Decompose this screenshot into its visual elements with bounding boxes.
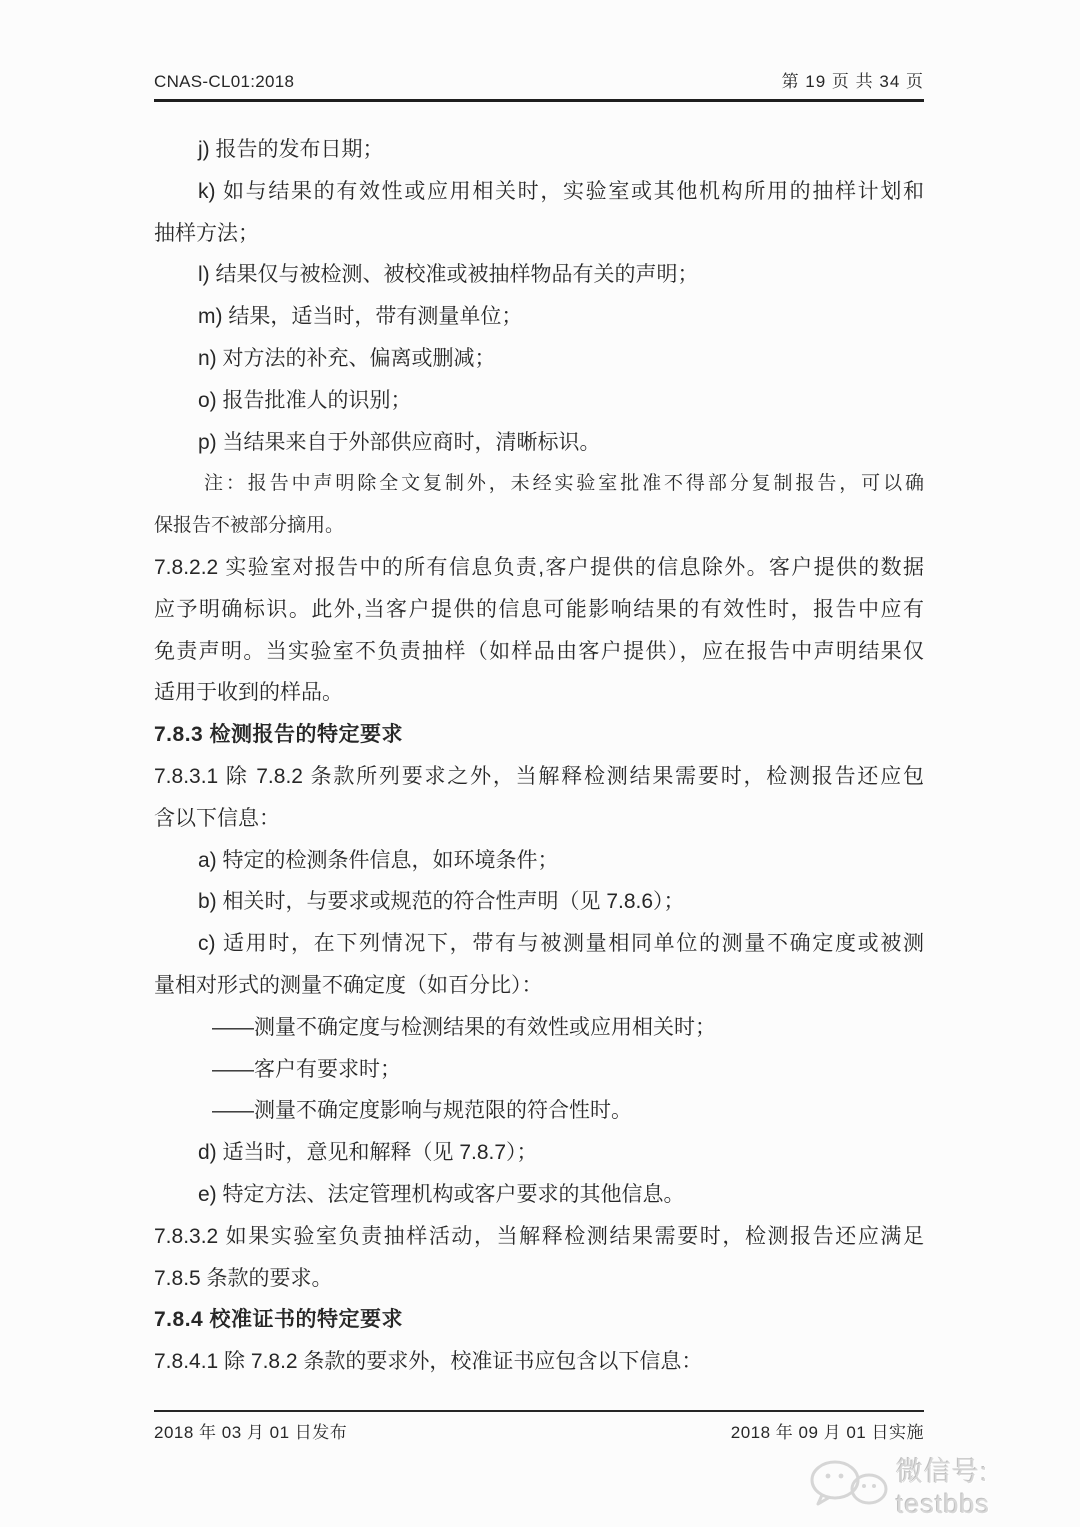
header-rule [154,99,924,102]
issue-date: 2018 年 03 月 01 日发布 [154,1418,347,1443]
body-line: c) 适用时，在下列情况下，带有与被测量相同单位的测量不确定度或被测 [154,923,924,965]
dash-item-line: ——测量不确定度与检测结果的有效性或应用相关时； [154,1007,924,1049]
body-line: 7.8.4.1 除 7.8.2 条款的要求外，校准证书应包含以下信息： [154,1341,924,1383]
body-line: 7.8.3.1 除 7.8.2 条款所列要求之外，当解释检测结果需要时，检测报告… [154,756,924,798]
body-line: d) 适当时，意见和解释（见 7.8.7）； [154,1132,924,1174]
watermark: 微信号: testbbs [808,1450,1080,1520]
body-line: j) 报告的发布日期； [154,129,924,171]
body-line: 7.8.3.2 如果实验室负责抽样活动，当解释检测结果需要时，检测报告还应满足 [154,1216,924,1258]
body-line: 抽样方法； [154,213,924,255]
body-line: e) 特定方法、法定管理机构或客户要求的其他信息。 [154,1174,924,1216]
body-line: n) 对方法的补充、偏离或删减； [154,338,924,380]
body-line: 应予明确标识。此外,当客户提供的信息可能影响结果的有效性时，报告中应有 [154,589,924,631]
body-line: 量相对形式的测量不确定度（如百分比）： [154,965,924,1007]
body-line: 7.8.5 条款的要求。 [154,1258,924,1300]
page-number: 第 19 页 共 34 页 [782,67,924,92]
footer-rule [154,1410,924,1412]
body-line: k) 如与结果的有效性或应用相关时，实验室或其他机构所用的抽样计划和 [154,171,924,213]
body-line: 免责声明。当实验室不负责抽样（如样品由客户提供），应在报告中声明结果仅 [154,631,924,673]
page-footer: 2018 年 03 月 01 日发布 2018 年 09 月 01 日实施 [154,1418,924,1443]
body-line: a) 特定的检测条件信息，如环境条件； [154,840,924,882]
note-line: 注：报告中声明除全文复制外，未经实验室批准不得部分复制报告，可以确 [154,463,924,505]
document-code: CNAS-CL01:2018 [154,72,294,92]
body-line: p) 当结果来自于外部供应商时，清晰标识。 [154,422,924,464]
page-header: CNAS-CL01:2018 第 19 页 共 34 页 [154,67,924,92]
body-line: l) 结果仅与被检测、被校准或被抽样物品有关的声明； [154,254,924,296]
body-line: 适用于收到的样品。 [154,672,924,714]
section-heading: 7.8.3 检测报告的特定要求 [154,714,924,756]
scanned-document-page: { "document": { "header": { "code": "CNA… [0,0,1080,1527]
body-line: 7.8.2.2 实验室对报告中的所有信息负责,客户提供的信息除外。客户提供的数据 [154,547,924,589]
dash-item-line: ——测量不确定度影响与规范限的符合性时。 [154,1090,924,1132]
wechat-icon [808,1457,890,1514]
dash-item-line: ——客户有要求时； [154,1049,924,1091]
body-line: m) 结果，适当时，带有测量单位； [154,296,924,338]
body-line: o) 报告批准人的识别； [154,380,924,422]
watermark-text: 微信号: testbbs [896,1450,1080,1520]
note-line: 保报告不被部分摘用。 [154,505,924,547]
section-heading: 7.8.4 校准证书的特定要求 [154,1299,924,1341]
implementation-date: 2018 年 09 月 01 日实施 [731,1418,924,1443]
body-line: b) 相关时，与要求或规范的符合性声明（见 7.8.6）； [154,881,924,923]
body-line: 含以下信息： [154,798,924,840]
document-body: j) 报告的发布日期； k) 如与结果的有效性或应用相关时，实验室或其他机构所用… [154,129,924,1383]
